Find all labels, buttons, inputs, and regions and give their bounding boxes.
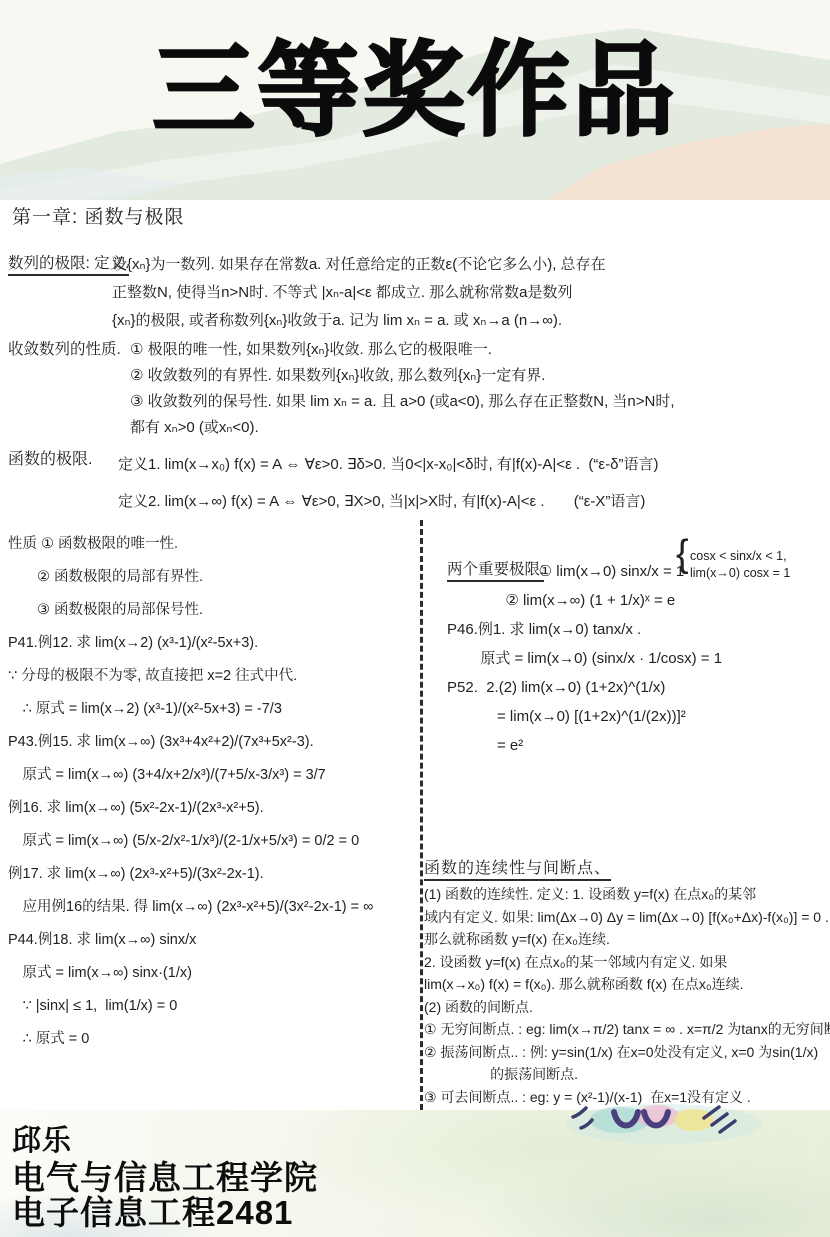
note-line: ∵ |sinx| ≤ 1, lim(1/x) = 0	[8, 990, 420, 1023]
function-limit-lines: 定义1. lim(x→x₀) f(x) = A ⇔ ∀ε>0. ∃δ>0. 当0…	[118, 446, 658, 520]
note-line: 定义1. lim(x→x₀) f(x) = A ⇔ ∀ε>0. ∃δ>0. 当0…	[118, 446, 658, 483]
note-line: 原式 = lim(x→∞) (3+4/x+2/x³)/(7+5/x-3/x³) …	[8, 759, 420, 792]
note-line: P52. 2.(2) lim(x→0) (1+2x)^(1/x)	[447, 673, 722, 702]
note-line: 设{xₙ}为一数列. 如果存在常数a. 对任意给定的正数ε(不论它多么小), 总…	[112, 251, 606, 279]
function-limit-label: 函数的极限.	[8, 446, 92, 469]
note-line: 应用例16的结果. 得 lim(x→∞) (2x³-x²+5)/(3x²-2x-…	[8, 891, 420, 924]
note-line: ③ 函数极限的局部保号性.	[8, 594, 420, 627]
note-line: ① 极限的唯一性, 如果数列{xₙ}收敛. 那么它的极限唯一.	[130, 337, 675, 363]
continuity-heading: 函数的连续性与间断点、	[424, 855, 611, 881]
note-line: 例16. 求 lim(x→∞) (5x²-2x-1)/(2x³-x²+5).	[8, 792, 420, 825]
note-line: ① 无穷间断点. : eg: lim(x→π/2) tanx = ∞ . x=π…	[424, 1018, 830, 1041]
note-line: ③ 收敛数列的保号性. 如果 lim xₙ = a. 且 a>0 (或a<0),…	[130, 389, 675, 415]
note-line: P43.例15. 求 lim(x→∞) (3x³+4x²+2)/(7x³+5x²…	[8, 726, 420, 759]
note-line: (1) 函数的连续性. 定义: 1. 设函数 y=f(x) 在点x₀的某邻	[424, 883, 830, 906]
note-line: 原式 = lim(x→0) (sinx/x · 1/cosx) = 1	[447, 644, 722, 673]
note-line: = e²	[447, 731, 722, 760]
chapter-heading: 第一章: 函数与极限	[12, 202, 185, 229]
note-line: 定义2. lim(x→∞) f(x) = A ⇔ ∀ε>0, ∃X>0, 当|x…	[118, 483, 658, 520]
note-line: ② lim(x→∞) (1 + 1/x)ˣ = e	[447, 586, 722, 615]
continuity-lines: (1) 函数的连续性. 定义: 1. 设函数 y=f(x) 在点x₀的某邻域内有…	[424, 883, 830, 1108]
note-line: 原式 = lim(x→∞) sinx·(1/x)	[8, 957, 420, 990]
note-line: 原式 = lim(x→∞) (5/x-2/x²-1/x³)/(2-1/x+5/x…	[8, 825, 420, 858]
prize-banner: 三等奖作品	[0, 0, 830, 200]
note-line: P46.例1. 求 lim(x→0) tanx/x .	[447, 615, 722, 644]
note-line: 例17. 求 lim(x→∞) (2x³-x²+5)/(3x²-2x-1).	[8, 858, 420, 891]
sequence-limit-lines: 设{xₙ}为一数列. 如果存在常数a. 对任意给定的正数ε(不论它多么小), 总…	[112, 251, 606, 335]
note-line: 那么就称函数 y=f(x) 在x₀连续.	[424, 928, 830, 951]
note-line: lim(x→0) cosx = 1	[690, 565, 790, 582]
note-line: P44.例18. 求 lim(x→∞) sinx/x	[8, 924, 420, 957]
major-class: 电子信息工程2481	[12, 1187, 293, 1234]
note-line: ② 函数极限的局部有界性.	[8, 561, 420, 594]
side-note-lines: cosx < sinx/x < 1,lim(x→0) cosx = 1	[690, 548, 790, 582]
footer-banner: 邱乐 电气与信息工程学院 电子信息工程2481	[0, 1110, 830, 1237]
note-line: {xₙ}的极限, 或者称数列{xₙ}收敛于a. 记为 lim xₙ = a. 或…	[112, 307, 606, 335]
left-column-examples: 性质 ① 函数极限的唯一性. ② 函数极限的局部有界性. ③ 函数极限的局部保号…	[8, 528, 420, 1056]
right-column-examples: ① lim(x→0) sinx/x = 1 ② lim(x→∞) (1 + 1/…	[447, 557, 722, 760]
note-line: ② 收敛数列的有界性. 如果数列{xₙ}收敛, 那么数列{xₙ}一定有界.	[130, 363, 675, 389]
note-line: ② 振荡间断点.. : 例: y=sin(1/x) 在x=0处没有定义, x=0…	[424, 1041, 830, 1064]
note-line: cosx < sinx/x < 1,	[690, 548, 790, 565]
note-line: ∴ 原式 = 0	[8, 1023, 420, 1056]
notes-photo-page: 三等奖作品 第一章: 函数与极限 数列的极限: 定义. 设{xₙ}为一数列. 如…	[0, 0, 830, 1237]
note-line: = lim(x→0) [(1+2x)^(1/(2x))]²	[447, 702, 722, 731]
banner-title: 三等奖作品	[0, 28, 830, 156]
note-line: 的振荡间断点.	[424, 1063, 830, 1086]
convergent-properties-label: 收敛数列的性质.	[8, 337, 121, 359]
brace-icon: {	[676, 546, 689, 563]
note-line: 域内有定义. 如果: lim(Δx→0) Δy = lim(Δx→0) [f(x…	[424, 906, 830, 929]
note-line: lim(x→x₀) f(x) = f(x₀). 那么就称函数 f(x) 在点x₀…	[424, 973, 830, 996]
note-line: 正整数N, 使得当n>N时. 不等式 |xₙ-a|<ε 都成立. 那么就称常数a…	[112, 279, 606, 307]
note-line: 性质 ① 函数极限的唯一性.	[8, 528, 420, 561]
convergent-properties-lines: ① 极限的唯一性, 如果数列{xₙ}收敛. 那么它的极限唯一.② 收敛数列的有界…	[130, 337, 675, 441]
note-line: 都有 xₙ>0 (或xₙ<0).	[130, 415, 675, 441]
note-line: ∴ 原式 = lim(x→2) (x³-1)/(x²-5x+3) = -7/3	[8, 693, 420, 726]
note-line: P41.例12. 求 lim(x→2) (x³-1)/(x²-5x+3).	[8, 627, 420, 660]
sleepy-eyes-doodle-icon	[552, 1086, 782, 1152]
column-divider	[420, 520, 423, 1110]
note-line: 2. 设函数 y=f(x) 在点x₀的某一邻域内有定义. 如果	[424, 951, 830, 974]
note-line: (2) 函数的间断点.	[424, 996, 830, 1019]
important-limits-side-note: { cosx < sinx/x < 1,lim(x→0) cosx = 1	[690, 548, 790, 582]
note-line: ∵ 分母的极限不为零, 故直接把 x=2 往式中代.	[8, 660, 420, 693]
